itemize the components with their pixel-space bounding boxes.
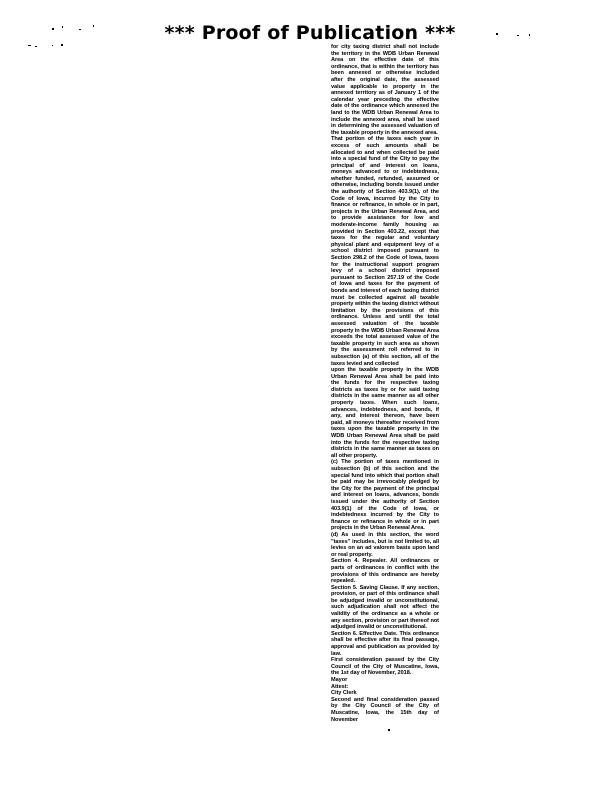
- scan-speck-6: [35, 46, 37, 47]
- paragraph: That portion of the taxes each year in e…: [331, 136, 439, 367]
- scan-speck-7: [52, 45, 53, 46]
- paragraph: upon the taxable property in the WDB Urb…: [331, 367, 439, 459]
- first-consideration: First consideration passed by the City C…: [331, 657, 439, 677]
- signature-city-clerk: City Clerk: [331, 690, 439, 697]
- page-title: *** Proof of Publication ***: [0, 22, 612, 44]
- signature-attest: Attest:: [331, 684, 439, 691]
- section-effective-date: Section 6. Effective Date. This ordinanc…: [331, 631, 439, 657]
- paragraph: (d) As used in this section, the word "t…: [331, 532, 439, 558]
- scan-speck-12: [388, 729, 390, 731]
- article-column: for city taxing district shall not inclu…: [331, 44, 439, 723]
- scan-speck-8: [61, 44, 63, 46]
- scan-speck-5: [28, 45, 31, 46]
- paragraph: for city taxing district shall not inclu…: [331, 44, 439, 136]
- section-repealer: Section 4. Repealer. All ordinances or p…: [331, 558, 439, 584]
- section-saving-clause: Section 5. Saving Clause. If any section…: [331, 585, 439, 631]
- signature-mayor: Mayor: [331, 677, 439, 684]
- paragraph: (c) The portion of taxes mentioned in su…: [331, 459, 439, 532]
- final-consideration: Second and final consideration passed by…: [331, 697, 439, 723]
